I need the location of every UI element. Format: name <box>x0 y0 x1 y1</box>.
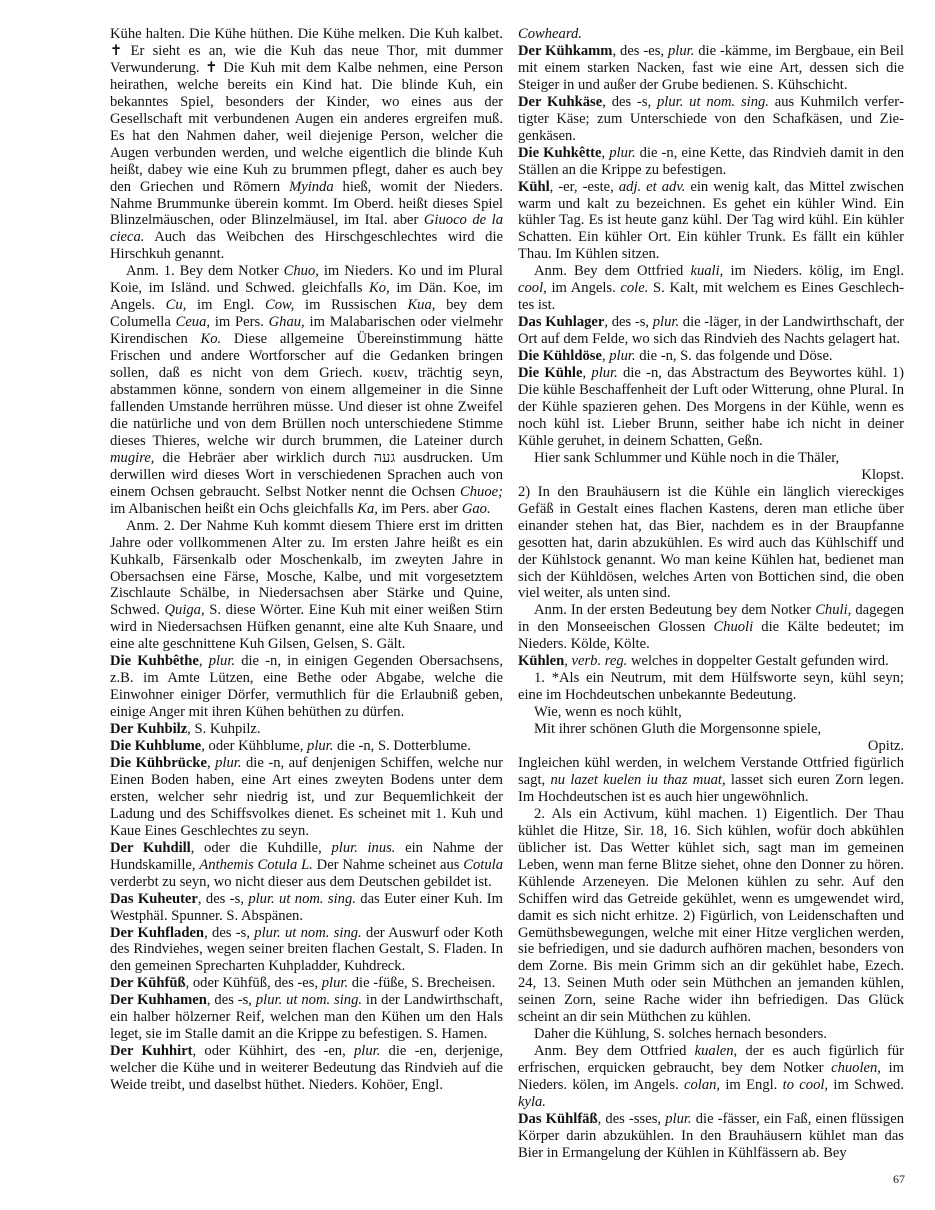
dictionary-entry: Kühlen, verb. reg. welches in doppelter … <box>518 653 904 670</box>
dictionary-entry: Der Kūhfūß, oder Kūhfūß, des -es, plur. … <box>110 975 503 992</box>
italic-term: plur. ut nom. sing. <box>657 94 769 110</box>
italic-term: plur. ut nom. sing. <box>254 925 361 941</box>
text-run: verderbt zu seyn, wo nicht dieser aus de… <box>110 874 492 890</box>
dictionary-entry: Die Kühldöse, plur. die -n, S. das folge… <box>518 348 904 365</box>
verse-attribution: Klopst. <box>518 467 904 484</box>
text-run: Klopst. <box>861 467 904 483</box>
text-run: Wie, wenn es noch kühlt, <box>534 704 682 720</box>
dictionary-entry: Die Kuhkêtte, plur. die -n, eine Kette, … <box>518 145 904 179</box>
paragraph: 2) In den Brauhäusern ist die Kühle ein … <box>518 484 904 603</box>
dictionary-entry: Der Kuhbilz, S. Kuhpilz. <box>110 721 503 738</box>
headword: Die Kuhblume <box>110 738 201 754</box>
verse-line: Wie, wenn es noch kühlt, <box>518 704 904 721</box>
dictionary-entry: Die Kühle, plur. die -n, das Abstractum … <box>518 365 904 450</box>
italic-term: plur. <box>653 314 679 330</box>
headword: Die Kühbrücke <box>110 755 207 771</box>
italic-term: plur. <box>354 1043 380 1059</box>
dictionary-entry: Das Kuheuter, des -s, plur. ut nom. sing… <box>110 891 503 925</box>
italic-term: plur. <box>322 975 348 991</box>
italic-term: Chuli, <box>815 602 851 618</box>
text-run: welches in doppelter Gestalt gefunden wi… <box>627 653 888 669</box>
text-run: Opitz. <box>868 738 904 754</box>
verse-line: Mit ihrer schönen Gluth die Morgensonne … <box>518 721 904 738</box>
headword: Kühl <box>518 179 550 195</box>
dictionary-entry: Die Kuhblume, oder Kühblume, plur. die -… <box>110 738 503 755</box>
text-run: die -n, S. Dotterblume. <box>333 738 470 754</box>
dictionary-entry: Das Kuhlager, des -s, plur. die -läger, … <box>518 314 904 348</box>
text-run: , oder Kühblume, <box>201 738 307 754</box>
italic-term: plur. <box>591 365 617 381</box>
paragraph: Anm. 1. Bey dem Notker Chuo, im Nieders.… <box>110 263 503 517</box>
dictionary-entry: Der Kuhdill, oder die Kuhdille, plur. in… <box>110 840 503 891</box>
page-number: 67 <box>889 1172 905 1186</box>
dictionary-entry: Der Kuhkäse, des -s, plur. ut nom. sing.… <box>518 94 904 145</box>
italic-term: nu lazet kuelen iu thaz muat, <box>550 772 725 788</box>
italic-term: Chuo, <box>284 263 319 279</box>
text-run: Hier sank Schlummer und Kühle noch in di… <box>534 450 839 466</box>
text-run: Mit ihrer schönen Gluth die Morgensonne … <box>534 721 821 737</box>
text-run: im Albanischen heißt ein Ochs gleichfall… <box>110 501 357 517</box>
dictionary-entry: Die Kuhbêthe, plur. die -n, in einigen G… <box>110 653 503 721</box>
text-run: die Hebräer aber wirklich durch געה ausd… <box>110 450 503 500</box>
text-run: , oder Kūhfūß, des -es, <box>186 975 322 991</box>
italic-term: plur. ut nom. sing. <box>248 891 356 907</box>
text-run: , des -s, <box>604 314 652 330</box>
text-run: im Nieders. kölig, im Engl. <box>723 263 904 279</box>
text-run: , des -s, <box>207 992 256 1008</box>
text-run: , <box>564 653 571 669</box>
right-column: Cowheard.Der Kühkamm, des -es, plur. die… <box>518 26 904 1162</box>
dictionary-entry: Kühl, -er, -este, adj. et adv. ein wenig… <box>518 179 904 264</box>
text-run: im Pers. aber <box>378 501 462 517</box>
text-run: Anm. In der ersten Bedeutung bey dem Not… <box>534 602 815 618</box>
italic-term: Gao. <box>462 501 491 517</box>
dictionary-page: Kühe halten. Die Kühe hüthen. Die Kühe m… <box>0 0 935 1210</box>
text-run: Der Nahme scheinet aus <box>313 857 463 873</box>
text-run: die -n, S. das folgende und Döse. <box>636 348 833 364</box>
italic-term: plur. <box>609 145 635 161</box>
paragraph: Anm. 2. Der Nahme Kuh kommt diesem Thier… <box>110 518 503 654</box>
text-run: im Engl. <box>720 1077 783 1093</box>
text-run: Diese allgemeine Übereinstimmung hätte F… <box>110 331 503 449</box>
paragraph: 2. Als ein Activum, kühl machen. 1) Eige… <box>518 806 904 1026</box>
italic-term: Chuoli <box>713 619 753 635</box>
dictionary-entry: Die Kühbrücke, plur. die -n, auf denjeni… <box>110 755 503 840</box>
italic-term: adj. et adv. <box>619 179 686 195</box>
headword: Der Kuhbilz <box>110 721 187 737</box>
italic-term: plur. <box>665 1111 691 1127</box>
italic-term: cool, <box>518 280 547 296</box>
italic-term: to cool, <box>783 1077 828 1093</box>
text-run: , oder die Kuhdille, <box>191 840 332 856</box>
text-run: , des -s, <box>602 94 657 110</box>
italic-term: kualen, <box>695 1043 738 1059</box>
italic-term: plur. <box>215 755 241 771</box>
italic-term: Anthemis Cotula L. <box>199 857 312 873</box>
headword: Die Kuhbêthe <box>110 653 199 669</box>
text-run: im Pers. <box>210 314 269 330</box>
italic-term: plur. <box>209 653 235 669</box>
dictionary-entry: Der Kuhhirt, oder Kühhirt, des -en, plur… <box>110 1043 503 1094</box>
text-run: im Russischen <box>294 297 407 313</box>
paragraph: Anm. Bey dem Ottfried kuali, im Nieders.… <box>518 263 904 314</box>
headword: Das Kuhlager <box>518 314 604 330</box>
text-run: im Angels. <box>547 280 621 296</box>
left-column: Kühe halten. Die Kühe hüthen. Die Kühe m… <box>110 26 503 1094</box>
text-run: Auch das Weibchen des Hirschgeschlechtes… <box>110 229 503 262</box>
italic-term: kuali, <box>690 263 723 279</box>
headword: Das Kuheuter <box>110 891 198 907</box>
paragraph: Daher die Kühlung, S. solches hernach be… <box>518 1026 904 1043</box>
italic-term: colan, <box>684 1077 720 1093</box>
text-run: , S. Kuhpilz. <box>187 721 260 737</box>
italic-term: plur. inus. <box>331 840 395 856</box>
italic-term: plur. ut nom. sing. <box>256 992 362 1008</box>
text-run: die -füße, S. Brech­eisen. <box>348 975 495 991</box>
headword: Kühlen <box>518 653 564 669</box>
text-run: , <box>207 755 215 771</box>
text-run: Anm. Bey dem Ottfried <box>534 263 690 279</box>
text-run: 2) In den Brauhäusern ist die Kühle ein … <box>518 484 904 602</box>
paragraph: Anm. In der ersten Bedeutung bey dem Not… <box>518 602 904 653</box>
paragraph: Ingleichen kühl werden, in welchem Verst… <box>518 755 904 806</box>
paragraph: Kühe halten. Die Kühe hüthen. Die Kühe m… <box>110 26 503 263</box>
italic-term: plur. <box>609 348 635 364</box>
dictionary-entry: Der Kuhfladen, des -s, plur. ut nom. sin… <box>110 925 503 976</box>
italic-term: chuolen, <box>831 1060 881 1076</box>
italic-term: Kua, <box>407 297 435 313</box>
text-run: Anm. Bey dem Ottfried <box>534 1043 695 1059</box>
verse-attribution: Opitz. <box>518 738 904 755</box>
text-run: im Engl. <box>186 297 265 313</box>
italic-term: cole. <box>620 280 648 296</box>
italic-term: Ceua, <box>176 314 210 330</box>
paragraph: 1. *Als ein Neutrum, mit dem Hülfsworte … <box>518 670 904 704</box>
italic-term: plur. <box>307 738 333 754</box>
headword: Der Kuhdill <box>110 840 191 856</box>
headword: Der Kühkamm <box>518 43 612 59</box>
text-run: Daher die Kühlung, S. solches hernach be… <box>534 1026 827 1042</box>
italic-term: plur. <box>668 43 694 59</box>
italic-term: kyla. <box>518 1094 546 1110</box>
italic-term: verb. reg. <box>572 653 628 669</box>
italic-term: Cu, <box>166 297 187 313</box>
headword: Die Kuhkêtte <box>518 145 602 161</box>
headword: Das Kühlfäß <box>518 1111 598 1127</box>
text-run: Anm. 1. Bey dem Notker <box>126 263 284 279</box>
italic-term: Quiga, <box>164 602 204 618</box>
italic-term: Cowheard. <box>518 26 582 42</box>
dictionary-entry: Der Kühkamm, des -es, plur. die -kämme, … <box>518 43 904 94</box>
italic-term: Chuoe; <box>460 484 503 500</box>
italic-term: Ko. <box>201 331 222 347</box>
text-run: , des -s, <box>198 891 248 907</box>
text-run: , des -es, <box>612 43 668 59</box>
italic-term: Ko, <box>369 280 390 296</box>
headword: Die Kühldöse <box>518 348 602 364</box>
text-run: , oder Kühhirt, des -en, <box>193 1043 354 1059</box>
headword: Die Kühle <box>518 365 582 381</box>
headword: Der Kuhhirt <box>110 1043 193 1059</box>
verse-line: Hier sank Schlummer und Kühle noch in di… <box>518 450 904 467</box>
paragraph: Anm. Bey dem Ottfried kualen, der es auc… <box>518 1043 904 1111</box>
headword: Der Kuhkäse <box>518 94 602 110</box>
italic-term: Ka, <box>357 501 378 517</box>
dictionary-entry: Der Kuhhamen, des -s, plur. ut nom. sing… <box>110 992 503 1043</box>
text-run: 2. Als ein Activum, kühl machen. 1) Eige… <box>518 806 904 1025</box>
headword: Der Kuhfladen <box>110 925 204 941</box>
dictionary-entry: Das Kühlfäß, des -sses, plur. die -fässe… <box>518 1111 904 1162</box>
italic-term: Cotula <box>463 857 503 873</box>
headword: Der Kūhfūß <box>110 975 186 991</box>
text-run: im Schwed. <box>828 1077 904 1093</box>
text-run: , des -s, <box>204 925 254 941</box>
text-run: , <box>199 653 209 669</box>
italic-term: Ghau, <box>269 314 305 330</box>
paragraph: Cowheard. <box>518 26 904 43</box>
italic-term: Cow, <box>265 297 294 313</box>
text-run: , -er, -este, <box>550 179 619 195</box>
italic-term: mugire, <box>110 450 154 466</box>
italic-term: Myinda <box>289 179 334 195</box>
headword: Der Kuhhamen <box>110 992 207 1008</box>
text-run: Kühe halten. Die Kühe hüthen. Die Kühe m… <box>110 26 503 195</box>
text-run: 1. *Als ein Neutrum, mit dem Hülfsworte … <box>518 670 904 703</box>
text-run: , des -sses, <box>598 1111 666 1127</box>
